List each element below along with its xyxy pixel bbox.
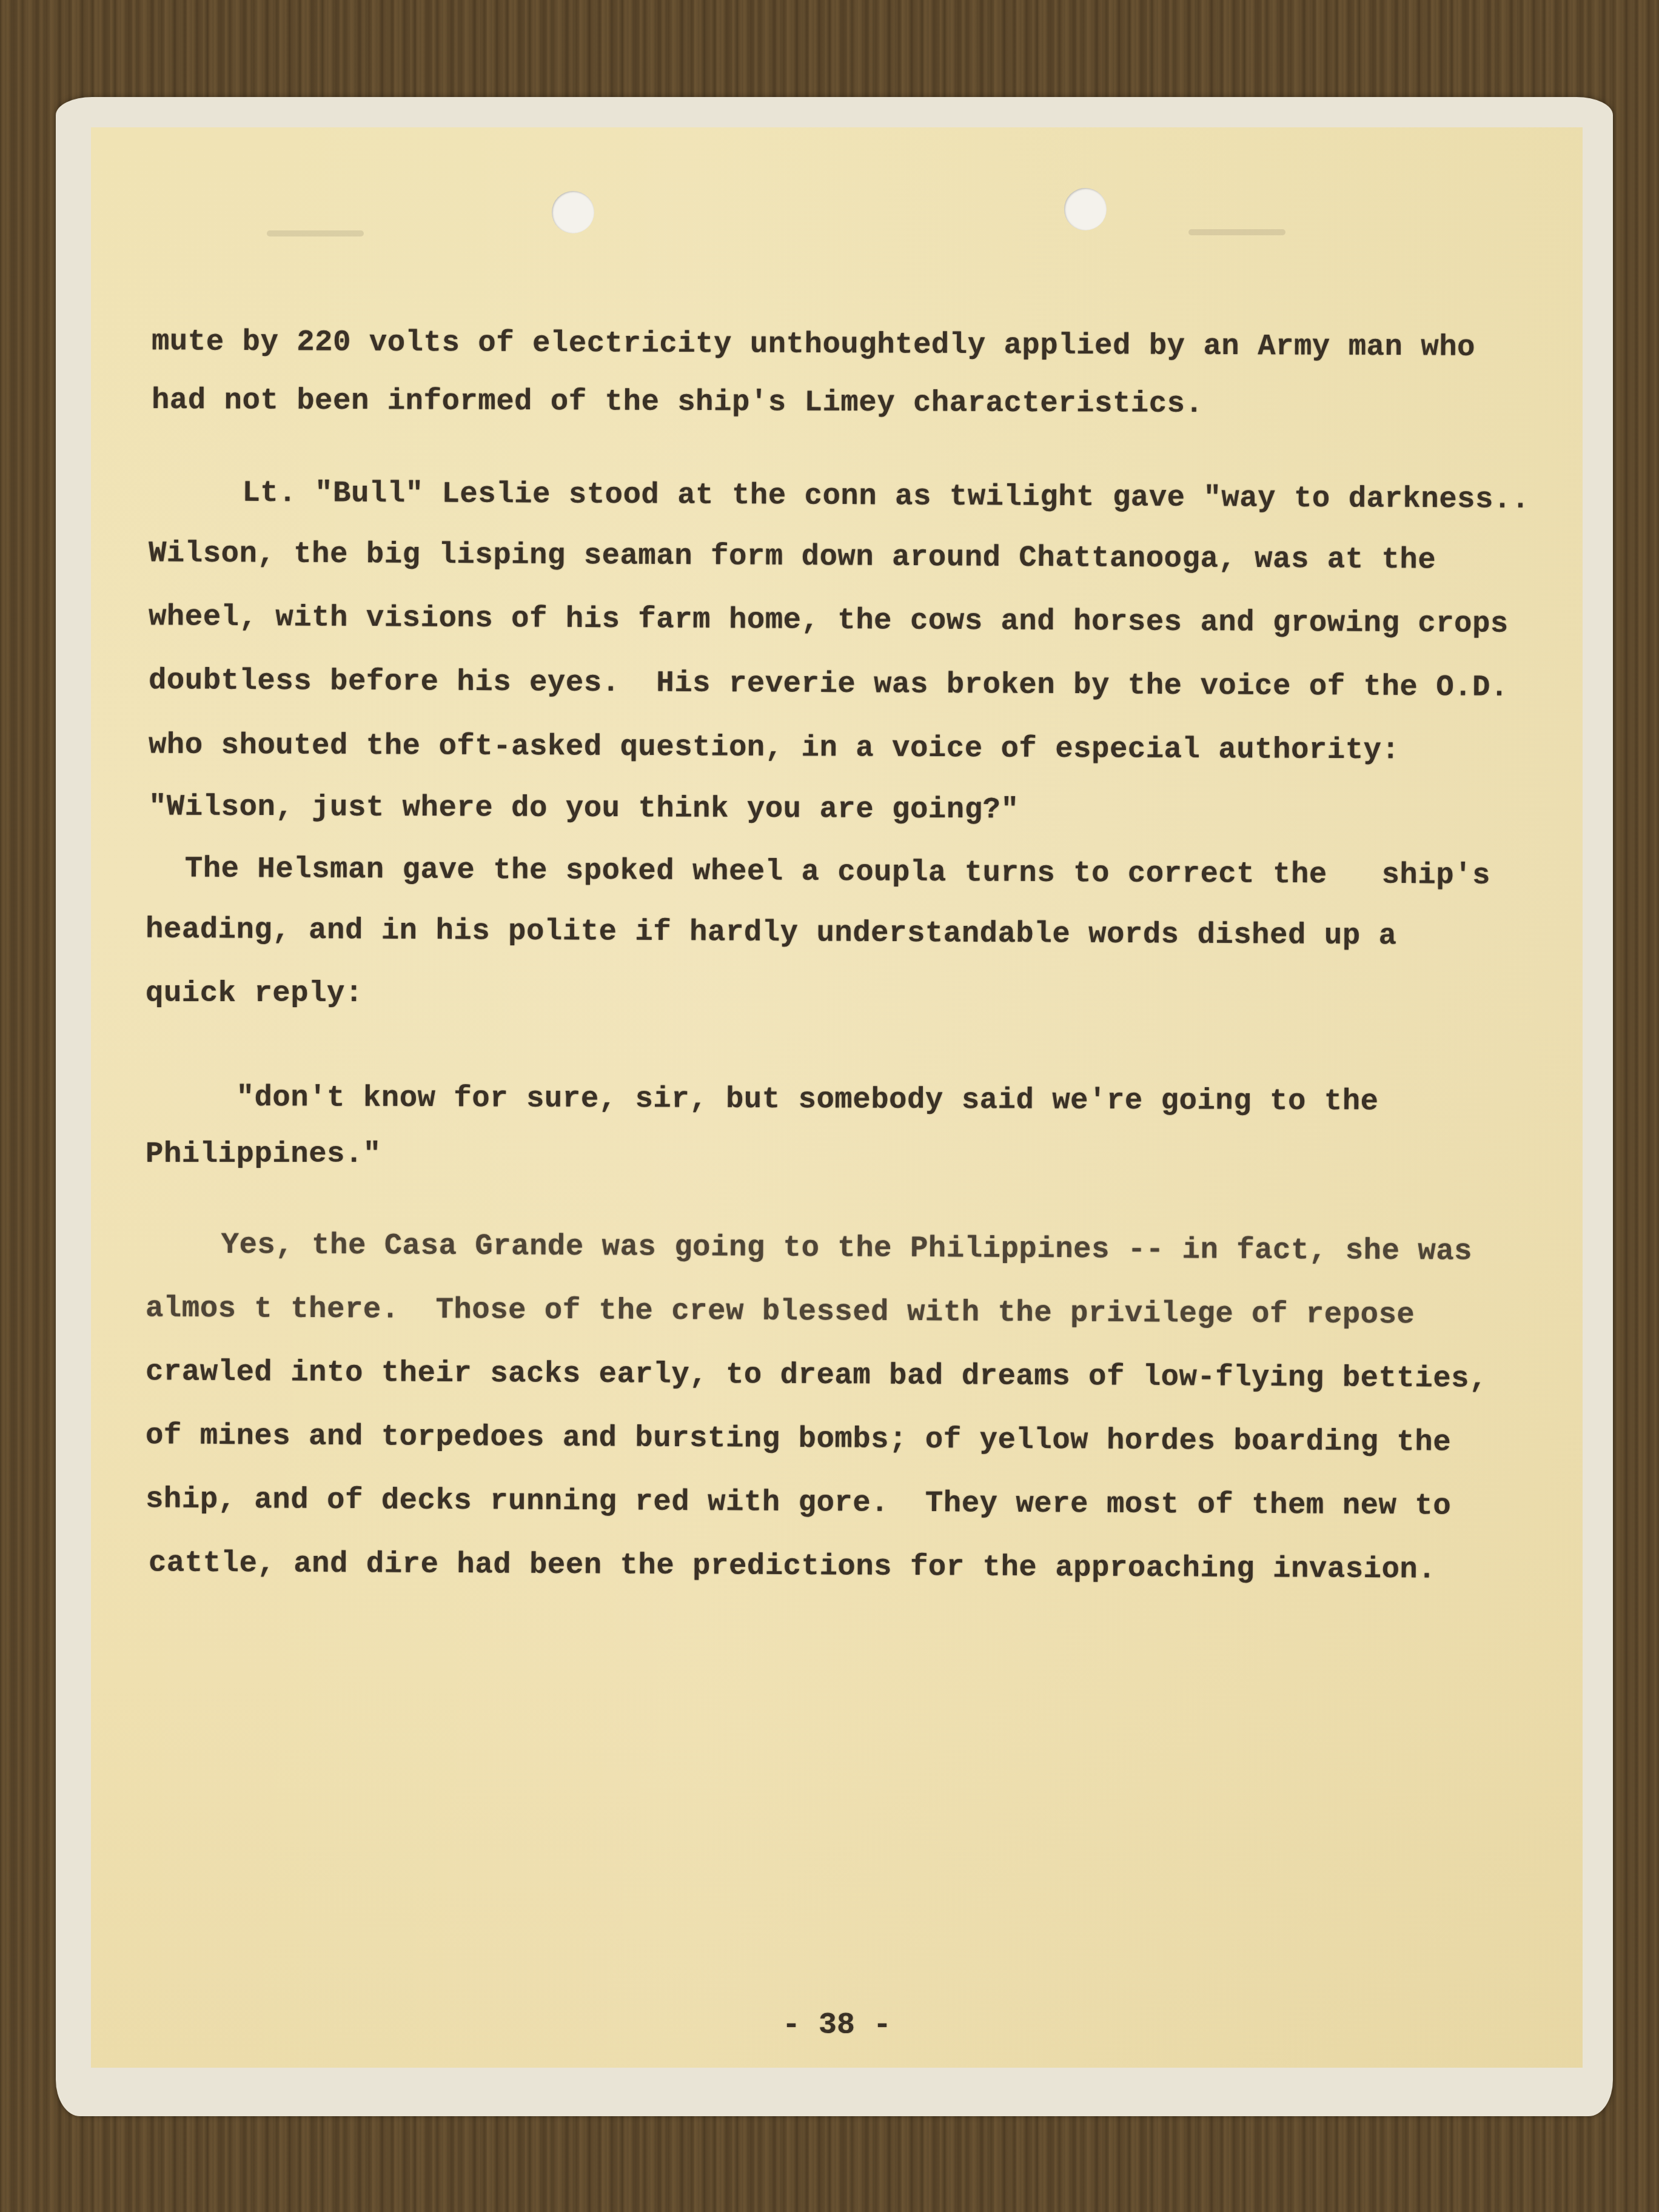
- text-line: of mines and torpedoes and bursting bomb…: [146, 1418, 1451, 1459]
- text-line: Yes, the Casa Grande was going to the Ph…: [149, 1227, 1472, 1268]
- text-line: almos t there. Those of the crew blessed…: [146, 1292, 1415, 1332]
- text-line: heading, and in his polite if hardly und…: [146, 913, 1397, 953]
- punch-hole-right: [1064, 188, 1107, 230]
- text-line: "don't know for sure, sir, but somebody …: [146, 1080, 1379, 1118]
- text-line: The Helsman gave the spoked wheel a coup…: [149, 851, 1490, 893]
- text-line: doubtless before his eyes. His reverie w…: [149, 663, 1509, 705]
- page-number: - 38 -: [91, 2008, 1583, 2043]
- smudge-mark: [267, 230, 364, 236]
- text-line: ship, and of decks running red with gore…: [146, 1482, 1451, 1523]
- typewritten-page: mute by 220 volts of electricity unthoug…: [91, 127, 1583, 2068]
- text-line: who shouted the oft-asked question, in a…: [149, 728, 1400, 767]
- text-line: Wilson, the big lisping seaman form down…: [149, 536, 1436, 577]
- text-line: crawled into their sacks early, to dream…: [146, 1355, 1487, 1396]
- text-line: Philippines.": [146, 1137, 381, 1171]
- text-line: Lt. "Bull" Leslie stood at the conn as t…: [152, 475, 1530, 517]
- text-line: cattle, and dire had been the prediction…: [149, 1546, 1436, 1586]
- text-line: "Wilson, just where do you think you are…: [149, 789, 1019, 826]
- text-line: had not been informed of the ship's Lime…: [152, 383, 1204, 421]
- text-line: mute by 220 volts of electricity unthoug…: [152, 324, 1475, 364]
- text-line: quick reply:: [146, 976, 363, 1010]
- smudge-mark: [1188, 229, 1285, 235]
- punch-hole-left: [552, 191, 594, 233]
- text-line: wheel, with visions of his farm home, th…: [149, 600, 1509, 641]
